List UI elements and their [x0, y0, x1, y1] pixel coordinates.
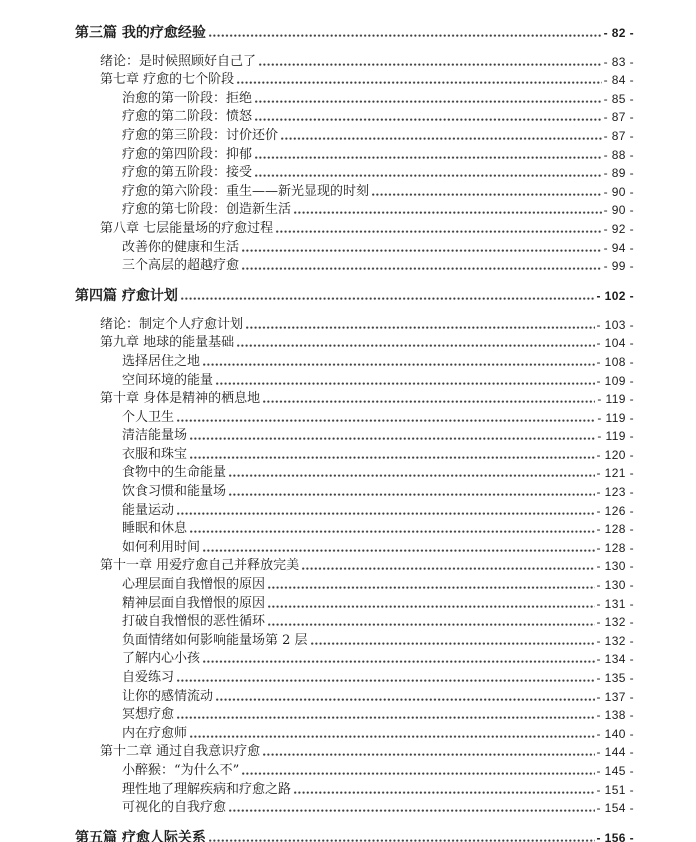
dot-leader	[372, 192, 602, 197]
toc-entry-title: 让你的感情流动	[122, 689, 213, 705]
dot-leader	[190, 529, 595, 534]
toc-entry-page-number: - 99 -	[604, 258, 634, 274]
toc-entry-title: 打破自我憎恨的恶性循环	[122, 614, 265, 630]
dot-leader	[276, 229, 601, 234]
toc-entry-title: 第十章 身体是精神的栖息地	[100, 391, 260, 407]
toc-entry-page-number: - 87 -	[604, 109, 634, 125]
toc-entry-title: 疗愈的第五阶段：接受	[122, 165, 252, 181]
toc-entry-title: 治愈的第一阶段：拒绝	[122, 91, 252, 107]
toc-entry-page-number: - 130 -	[597, 577, 634, 593]
toc-entry-title: 疗愈的第二阶段：愤怒	[122, 109, 252, 125]
dot-leader	[242, 266, 602, 271]
toc-entry-title: 第三篇 我的疗愈经验	[75, 25, 206, 41]
toc-entry-title: 能量运动	[122, 503, 174, 519]
toc-entry-page-number: - 85 -	[604, 91, 634, 107]
toc-entry-page-number: - 132 -	[597, 633, 634, 649]
toc-entry-part-2[interactable]: 第五篇 疗愈人际关系- 156 -	[75, 827, 634, 842]
toc-entry-title: 绪论：是时候照顾好自己了	[100, 54, 256, 70]
toc-entry-title: 绪论：制定个人疗愈计划	[100, 317, 243, 333]
toc-entry-s1-i16[interactable]: 打破自我憎恨的恶性循环- 132 -	[75, 612, 634, 631]
toc-entry-page-number: - 104 -	[597, 335, 634, 351]
toc-entry-title: 精神层面自我憎恨的原因	[122, 596, 265, 612]
toc-entry-title: 清洁能量场	[122, 428, 187, 444]
toc-entry-title: 第八章 七层能量场的疗愈过程	[100, 221, 273, 237]
toc-entry-s1-i11[interactable]: 睡眠和休息- 128 -	[75, 519, 634, 538]
toc-entry-page-number: - 90 -	[604, 202, 634, 218]
toc-entry-title: 个人卫生	[122, 410, 174, 426]
toc-entry-s0-i0[interactable]: 绪论：是时候照顾好自己了- 83 -	[75, 51, 634, 70]
toc-entry-page-number: - 128 -	[597, 521, 634, 537]
dot-leader	[255, 99, 602, 104]
toc-entry-title: 第七章 疗愈的七个阶段	[100, 72, 234, 88]
toc-entry-s0-i9[interactable]: 第八章 七层能量场的疗愈过程- 92 -	[75, 218, 634, 237]
toc-entry-s0-i4[interactable]: 疗愈的第三阶段：讨价还价- 87 -	[75, 125, 634, 144]
toc-entry-page-number: - 84 -	[604, 72, 634, 88]
toc-entry-s1-i8[interactable]: 食物中的生命能量- 121 -	[75, 463, 634, 482]
toc-entry-page-number: - 109 -	[597, 373, 634, 389]
toc-entry-page-number: - 138 -	[597, 707, 634, 723]
toc-entry-page-number: - 119 -	[597, 428, 634, 444]
toc-entry-s0-i6[interactable]: 疗愈的第五阶段：接受- 89 -	[75, 163, 634, 182]
toc-entry-s1-i24[interactable]: 小醉猴：“为什么不”- 145 -	[75, 760, 634, 779]
toc-entry-page-number: - 131 -	[597, 596, 634, 612]
dot-leader	[294, 790, 595, 795]
toc-entry-title: 负面情绪如何影响能量场第 2 层	[122, 633, 308, 649]
toc-entry-title: 改善你的健康和生活	[122, 240, 239, 256]
toc-entry-s0-i3[interactable]: 疗愈的第二阶段：愤怒- 87 -	[75, 107, 634, 126]
toc-entry-s1-i9[interactable]: 饮食习惯和能量场- 123 -	[75, 481, 634, 500]
toc-entry-page-number: - 94 -	[604, 240, 634, 256]
toc-entry-page-number: - 145 -	[597, 763, 634, 779]
toc-entry-s1-i22[interactable]: 内在疗愈师- 140 -	[75, 723, 634, 742]
toc-entry-s0-i10[interactable]: 改善你的健康和生活- 94 -	[75, 237, 634, 256]
toc-entry-s1-i4[interactable]: 第十章 身体是精神的栖息地- 119 -	[75, 389, 634, 408]
toc-entry-s1-i6[interactable]: 清洁能量场- 119 -	[75, 426, 634, 445]
dot-leader	[209, 838, 595, 842]
toc-entry-title: 衣服和珠宝	[122, 447, 187, 463]
toc-entry-page-number: - 90 -	[604, 184, 634, 200]
toc-entry-page-number: - 120 -	[597, 447, 634, 463]
toc-entry-part-0[interactable]: 第三篇 我的疗愈经验- 82 -	[75, 22, 634, 41]
toc-entry-title: 理性地了理解疾病和疗愈之路	[122, 782, 291, 798]
toc-entry-page-number: - 154 -	[597, 800, 634, 816]
toc-entry-title: 自爱练习	[122, 670, 174, 686]
toc-entry-page-number: - 134 -	[597, 651, 634, 667]
dot-leader	[255, 155, 602, 160]
toc-entry-page-number: - 144 -	[597, 744, 634, 760]
dot-leader	[302, 566, 594, 571]
toc-entry-page-number: - 92 -	[604, 221, 634, 237]
toc-entry-s1-i2[interactable]: 选择居住之地- 108 -	[75, 351, 634, 370]
toc-entry-s1-i17[interactable]: 负面情绪如何影响能量场第 2 层- 132 -	[75, 630, 634, 649]
toc-entry-page-number: - 89 -	[604, 165, 634, 181]
toc-entry-page-number: - 126 -	[597, 503, 634, 519]
toc-entry-title: 第十二章 通过自我意识疗愈	[100, 744, 260, 760]
dot-leader	[242, 771, 594, 776]
toc-entry-s0-i7[interactable]: 疗愈的第六阶段：重生——新光显现的时刻- 90 -	[75, 181, 634, 200]
toc-entry-title: 疗愈的第七阶段：创造新生活	[122, 202, 291, 218]
toc-entry-s0-i1[interactable]: 第七章 疗愈的七个阶段- 84 -	[75, 70, 634, 89]
dot-leader	[229, 808, 595, 813]
dot-leader	[177, 418, 595, 423]
toc-entry-s1-i19[interactable]: 自爱练习- 135 -	[75, 667, 634, 686]
toc-entry-title: 疗愈的第三阶段：讨价还价	[122, 128, 278, 144]
toc-entry-title: 冥想疗愈	[122, 707, 174, 723]
toc-entry-page-number: - 128 -	[597, 540, 634, 556]
toc-entry-title: 三个高层的超越疗愈	[122, 258, 239, 274]
toc-entry-s1-i7[interactable]: 衣服和珠宝- 120 -	[75, 444, 634, 463]
toc-entry-s0-i8[interactable]: 疗愈的第七阶段：创造新生活- 90 -	[75, 200, 634, 219]
toc-entry-page-number: - 88 -	[604, 147, 634, 163]
toc-entry-s0-i5[interactable]: 疗愈的第四阶段：抑郁- 88 -	[75, 144, 634, 163]
toc-entry-title: 疗愈的第四阶段：抑郁	[122, 147, 252, 163]
toc-entry-page-number: - 156 -	[597, 830, 634, 842]
toc-entry-title: 睡眠和休息	[122, 521, 187, 537]
toc-entry-title: 心理层面自我憎恨的原因	[122, 577, 265, 593]
toc-entry-page-number: - 132 -	[597, 614, 634, 630]
dot-leader	[190, 436, 595, 441]
dot-leader	[294, 210, 602, 215]
dot-leader	[259, 62, 602, 67]
dot-leader	[237, 343, 594, 348]
toc-entry-s1-i0[interactable]: 绪论：制定个人疗愈计划- 103 -	[75, 314, 634, 333]
toc-entry-s0-i11[interactable]: 三个高层的超越疗愈- 99 -	[75, 256, 634, 275]
dot-leader	[203, 548, 595, 553]
toc-entry-page-number: - 108 -	[597, 354, 634, 370]
toc-entry-s1-i25[interactable]: 理性地了理解疾病和疗愈之路- 151 -	[75, 779, 634, 798]
toc-entry-title: 第九章 地球的能量基础	[100, 335, 234, 351]
toc-entry-s1-i1[interactable]: 第九章 地球的能量基础- 104 -	[75, 333, 634, 352]
toc-entry-title: 疗愈的第六阶段：重生——新光显现的时刻	[122, 184, 369, 200]
dot-leader	[268, 622, 595, 627]
toc-entry-s1-i13[interactable]: 第十一章 用爱疗愈自己并释放完美- 130 -	[75, 556, 634, 575]
dot-leader	[242, 248, 602, 253]
dot-leader	[190, 734, 595, 739]
toc-entry-title: 食物中的生命能量	[122, 465, 226, 481]
toc-entry-s1-i21[interactable]: 冥想疗愈- 138 -	[75, 705, 634, 724]
toc-entry-title: 第五篇 疗愈人际关系	[75, 830, 206, 842]
dot-leader	[181, 296, 595, 301]
dot-leader	[190, 455, 595, 460]
toc-entry-title: 如何利用时间	[122, 540, 200, 556]
toc-entry-title: 空间环境的能量	[122, 373, 213, 389]
toc-entry-s1-i26[interactable]: 可视化的自我疗愈- 154 -	[75, 798, 634, 817]
toc-entry-part-1[interactable]: 第四篇 疗愈计划- 102 -	[75, 285, 634, 304]
dot-leader	[177, 678, 595, 683]
toc-entry-s1-i10[interactable]: 能量运动- 126 -	[75, 500, 634, 519]
dot-leader	[255, 117, 602, 122]
dot-leader	[255, 173, 602, 178]
toc-entry-page-number: - 140 -	[597, 726, 634, 742]
dot-leader	[311, 641, 595, 646]
dot-leader	[203, 659, 595, 664]
dot-leader	[177, 715, 595, 720]
toc-entry-s1-i14[interactable]: 心理层面自我憎恨的原因- 130 -	[75, 574, 634, 593]
toc-entry-s1-i20[interactable]: 让你的感情流动- 137 -	[75, 686, 634, 705]
toc-entry-page-number: - 82 -	[604, 25, 634, 41]
toc-entry-s1-i18[interactable]: 了解内心小孩- 134 -	[75, 649, 634, 668]
toc-entry-title: 第四篇 疗愈计划	[75, 288, 178, 304]
toc-entry-page-number: - 83 -	[604, 54, 634, 70]
toc-entry-page-number: - 119 -	[597, 410, 634, 426]
dot-leader	[216, 381, 595, 386]
toc-entry-page-number: - 151 -	[597, 782, 634, 798]
dot-leader	[237, 80, 601, 85]
toc-entry-page-number: - 123 -	[597, 484, 634, 500]
dot-leader	[268, 604, 595, 609]
dot-leader	[229, 492, 595, 497]
toc-entry-title: 内在疗愈师	[122, 726, 187, 742]
toc-entry-title: 选择居住之地	[122, 354, 200, 370]
toc-entry-s1-i3[interactable]: 空间环境的能量- 109 -	[75, 370, 634, 389]
document-page: 第三篇 我的疗愈经验- 82 -绪论：是时候照顾好自己了- 83 -第七章 疗愈…	[0, 0, 696, 842]
toc-entry-page-number: - 137 -	[597, 689, 634, 705]
toc-entry-title: 小醉猴：“为什么不”	[122, 763, 239, 779]
dot-leader	[177, 511, 595, 516]
dot-leader	[216, 697, 595, 702]
toc-entry-s1-i23[interactable]: 第十二章 通过自我意识疗愈- 144 -	[75, 742, 634, 761]
toc-entry-page-number: - 103 -	[597, 317, 634, 333]
toc-entry-s1-i15[interactable]: 精神层面自我憎恨的原因- 131 -	[75, 593, 634, 612]
toc-entry-title: 饮食习惯和能量场	[122, 484, 226, 500]
toc-entry-title: 第十一章 用爱疗愈自己并释放完美	[100, 558, 299, 574]
toc-entry-page-number: - 119 -	[597, 391, 634, 407]
toc-list: 第三篇 我的疗愈经验- 82 -绪论：是时候照顾好自己了- 83 -第七章 疗愈…	[75, 22, 634, 842]
dot-leader	[281, 136, 602, 141]
toc-entry-page-number: - 135 -	[597, 670, 634, 686]
toc-entry-page-number: - 130 -	[597, 558, 634, 574]
dot-leader	[268, 585, 595, 590]
toc-entry-page-number: - 102 -	[597, 288, 634, 304]
dot-leader	[229, 473, 595, 478]
toc-entry-page-number: - 87 -	[604, 128, 634, 144]
toc-entry-s1-i12[interactable]: 如何利用时间- 128 -	[75, 537, 634, 556]
dot-leader	[209, 33, 602, 38]
toc-entry-title: 可视化的自我疗愈	[122, 800, 226, 816]
dot-leader	[263, 752, 594, 757]
dot-leader	[246, 325, 595, 330]
dot-leader	[203, 362, 595, 367]
toc-entry-page-number: - 121 -	[597, 465, 634, 481]
toc-entry-s1-i5[interactable]: 个人卫生- 119 -	[75, 407, 634, 426]
toc-entry-s0-i2[interactable]: 治愈的第一阶段：拒绝- 85 -	[75, 88, 634, 107]
dot-leader	[263, 399, 595, 404]
toc-entry-title: 了解内心小孩	[122, 651, 200, 667]
